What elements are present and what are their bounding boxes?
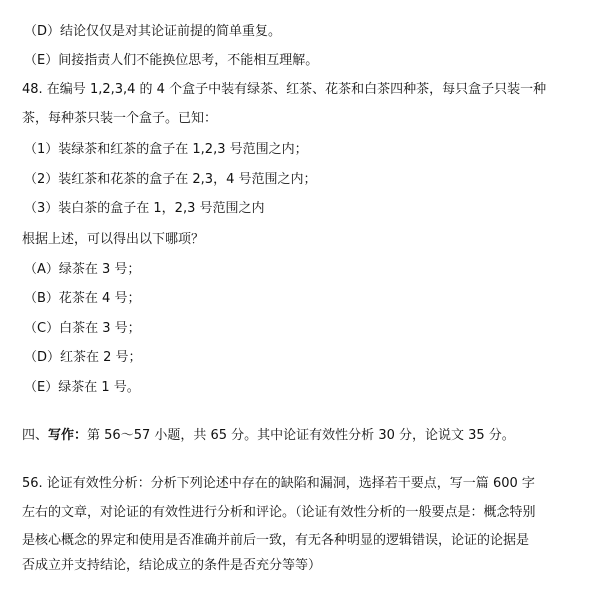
q48-question: 根据上述，可以得出以下哪项？ (22, 231, 204, 249)
q56-line-1: 56. 论证有效性分析：分析下列论述中存在的缺陷和漏洞，选择若干要点，写一篇 6… (22, 475, 535, 493)
section-4-description: 第 56～57 小题，共 65 分。其中论证有效性分析 30 分，论说文 35 … (87, 428, 515, 443)
q48-condition-1: （1）装绿茶和红茶的盒子在 1,2,3 号范围之内； (24, 141, 308, 159)
q47-option-e: （E）间接指责人们不能换位思考，不能相互理解。 (24, 52, 318, 70)
q48-option-a: （A）绿茶在 3 号； (24, 261, 140, 279)
section-4-prefix: 四、 (22, 428, 48, 443)
q48-option-c: （C）白茶在 3 号； (24, 320, 141, 338)
q48-stem-line2: 茶，每种茶只装一个盒子。已知： (22, 110, 217, 128)
q48-condition-3: （3）装白茶的盒子在 1，2,3 号范围之内 (24, 200, 264, 218)
q48-option-e: （E）绿茶在 1 号。 (24, 379, 140, 397)
section-4-heading: 四、写作：第 56～57 小题，共 65 分。其中论证有效性分析 30 分，论说… (22, 427, 515, 445)
q56-line-2: 左右的文章，对论证的有效性进行分析和评论。（论证有效性分析的一般要点是：概念特别 (22, 504, 536, 522)
section-4-title: 写作： (48, 428, 87, 443)
q48-condition-2: （2）装红茶和花茶的盒子在 2,3，4 号范围之内； (24, 171, 316, 189)
q48-option-b: （B）花茶在 4 号； (24, 290, 140, 308)
q47-option-d: （D）结论仅仅是对其论证前提的简单重复。 (24, 23, 281, 41)
q48-option-d: （D）红茶在 2 号； (24, 349, 142, 367)
q56-line-3: 是核心概念的界定和使用是否准确并前后一致，有无各种明显的逻辑错误，论证的论据是 (22, 532, 529, 550)
q56-line-4: 否成立并支持结论，结论成立的条件是否充分等等） (22, 557, 321, 575)
q48-stem-line1: 48. 在编号 1,2,3,4 的 4 个盒子中装有绿茶、红茶、花茶和白茶四种茶… (22, 81, 546, 99)
